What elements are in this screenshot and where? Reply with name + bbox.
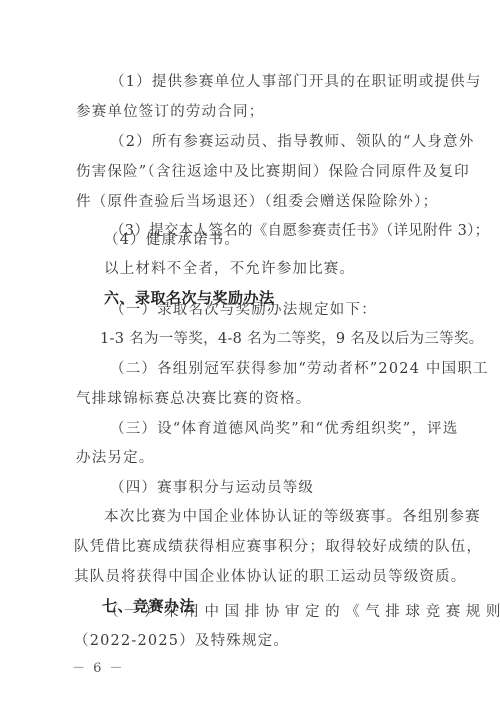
paragraph-line: 件（原件查验后当场退还）（组委会赠送保险除外）； bbox=[76, 193, 438, 211]
paragraph-line: （三）设“体育道德风尚奖”和“优秀组织奖”，评选 bbox=[110, 420, 458, 438]
paragraph-line: （1）提供参赛单位人事部门开具的在职证明或提供与 bbox=[110, 73, 482, 91]
paragraph-line: 气排球锦标赛总决赛比赛的资格。 bbox=[76, 390, 312, 408]
paragraph-line: （一）录取名次与奖励办法规定如下： bbox=[110, 301, 377, 319]
paragraph-line: （四）赛事积分与运动员等级 bbox=[110, 479, 314, 497]
page-number: － 6 － bbox=[72, 657, 125, 676]
paragraph-line: （一）采用中国排协审定的《气排球竞赛规则》 bbox=[104, 603, 500, 621]
paragraph-line: 其队员将获得中国企业体协认证的职工运动员等级资质。 bbox=[74, 568, 467, 586]
paragraph-line: （4）健康承诺书。 bbox=[104, 231, 240, 249]
paragraph-line: （2）所有参赛运动员、指导教师、领队的“人身意外 bbox=[110, 133, 474, 151]
paragraph-line: （二）各组别冠军获得参加“劳动者杯”2024 中国职工 bbox=[110, 360, 489, 378]
paragraph-line: 伤害保险”（含往返途中及比赛期间）保险合同原件及复印 bbox=[76, 163, 470, 181]
paragraph-line: 本次比赛为中国企业体协认证的等级赛事。各组别参赛 bbox=[104, 508, 481, 526]
paragraph-line: 队凭借比赛成绩获得相应赛事积分；取得较好成绩的队伍， bbox=[74, 538, 482, 556]
paragraph-line: （2022-2025）及特殊规定。 bbox=[74, 632, 289, 650]
paragraph-line: 1-3 名为一等奖，4-8 名为二等奖，9 名及以后为三等奖。 bbox=[100, 330, 484, 348]
paragraph-line: 参赛单位签订的劳动合同； bbox=[76, 103, 264, 121]
paragraph-line: 以上材料不全者，不允许参加比赛。 bbox=[104, 260, 355, 278]
paragraph-line: 办法另定。 bbox=[76, 449, 155, 467]
